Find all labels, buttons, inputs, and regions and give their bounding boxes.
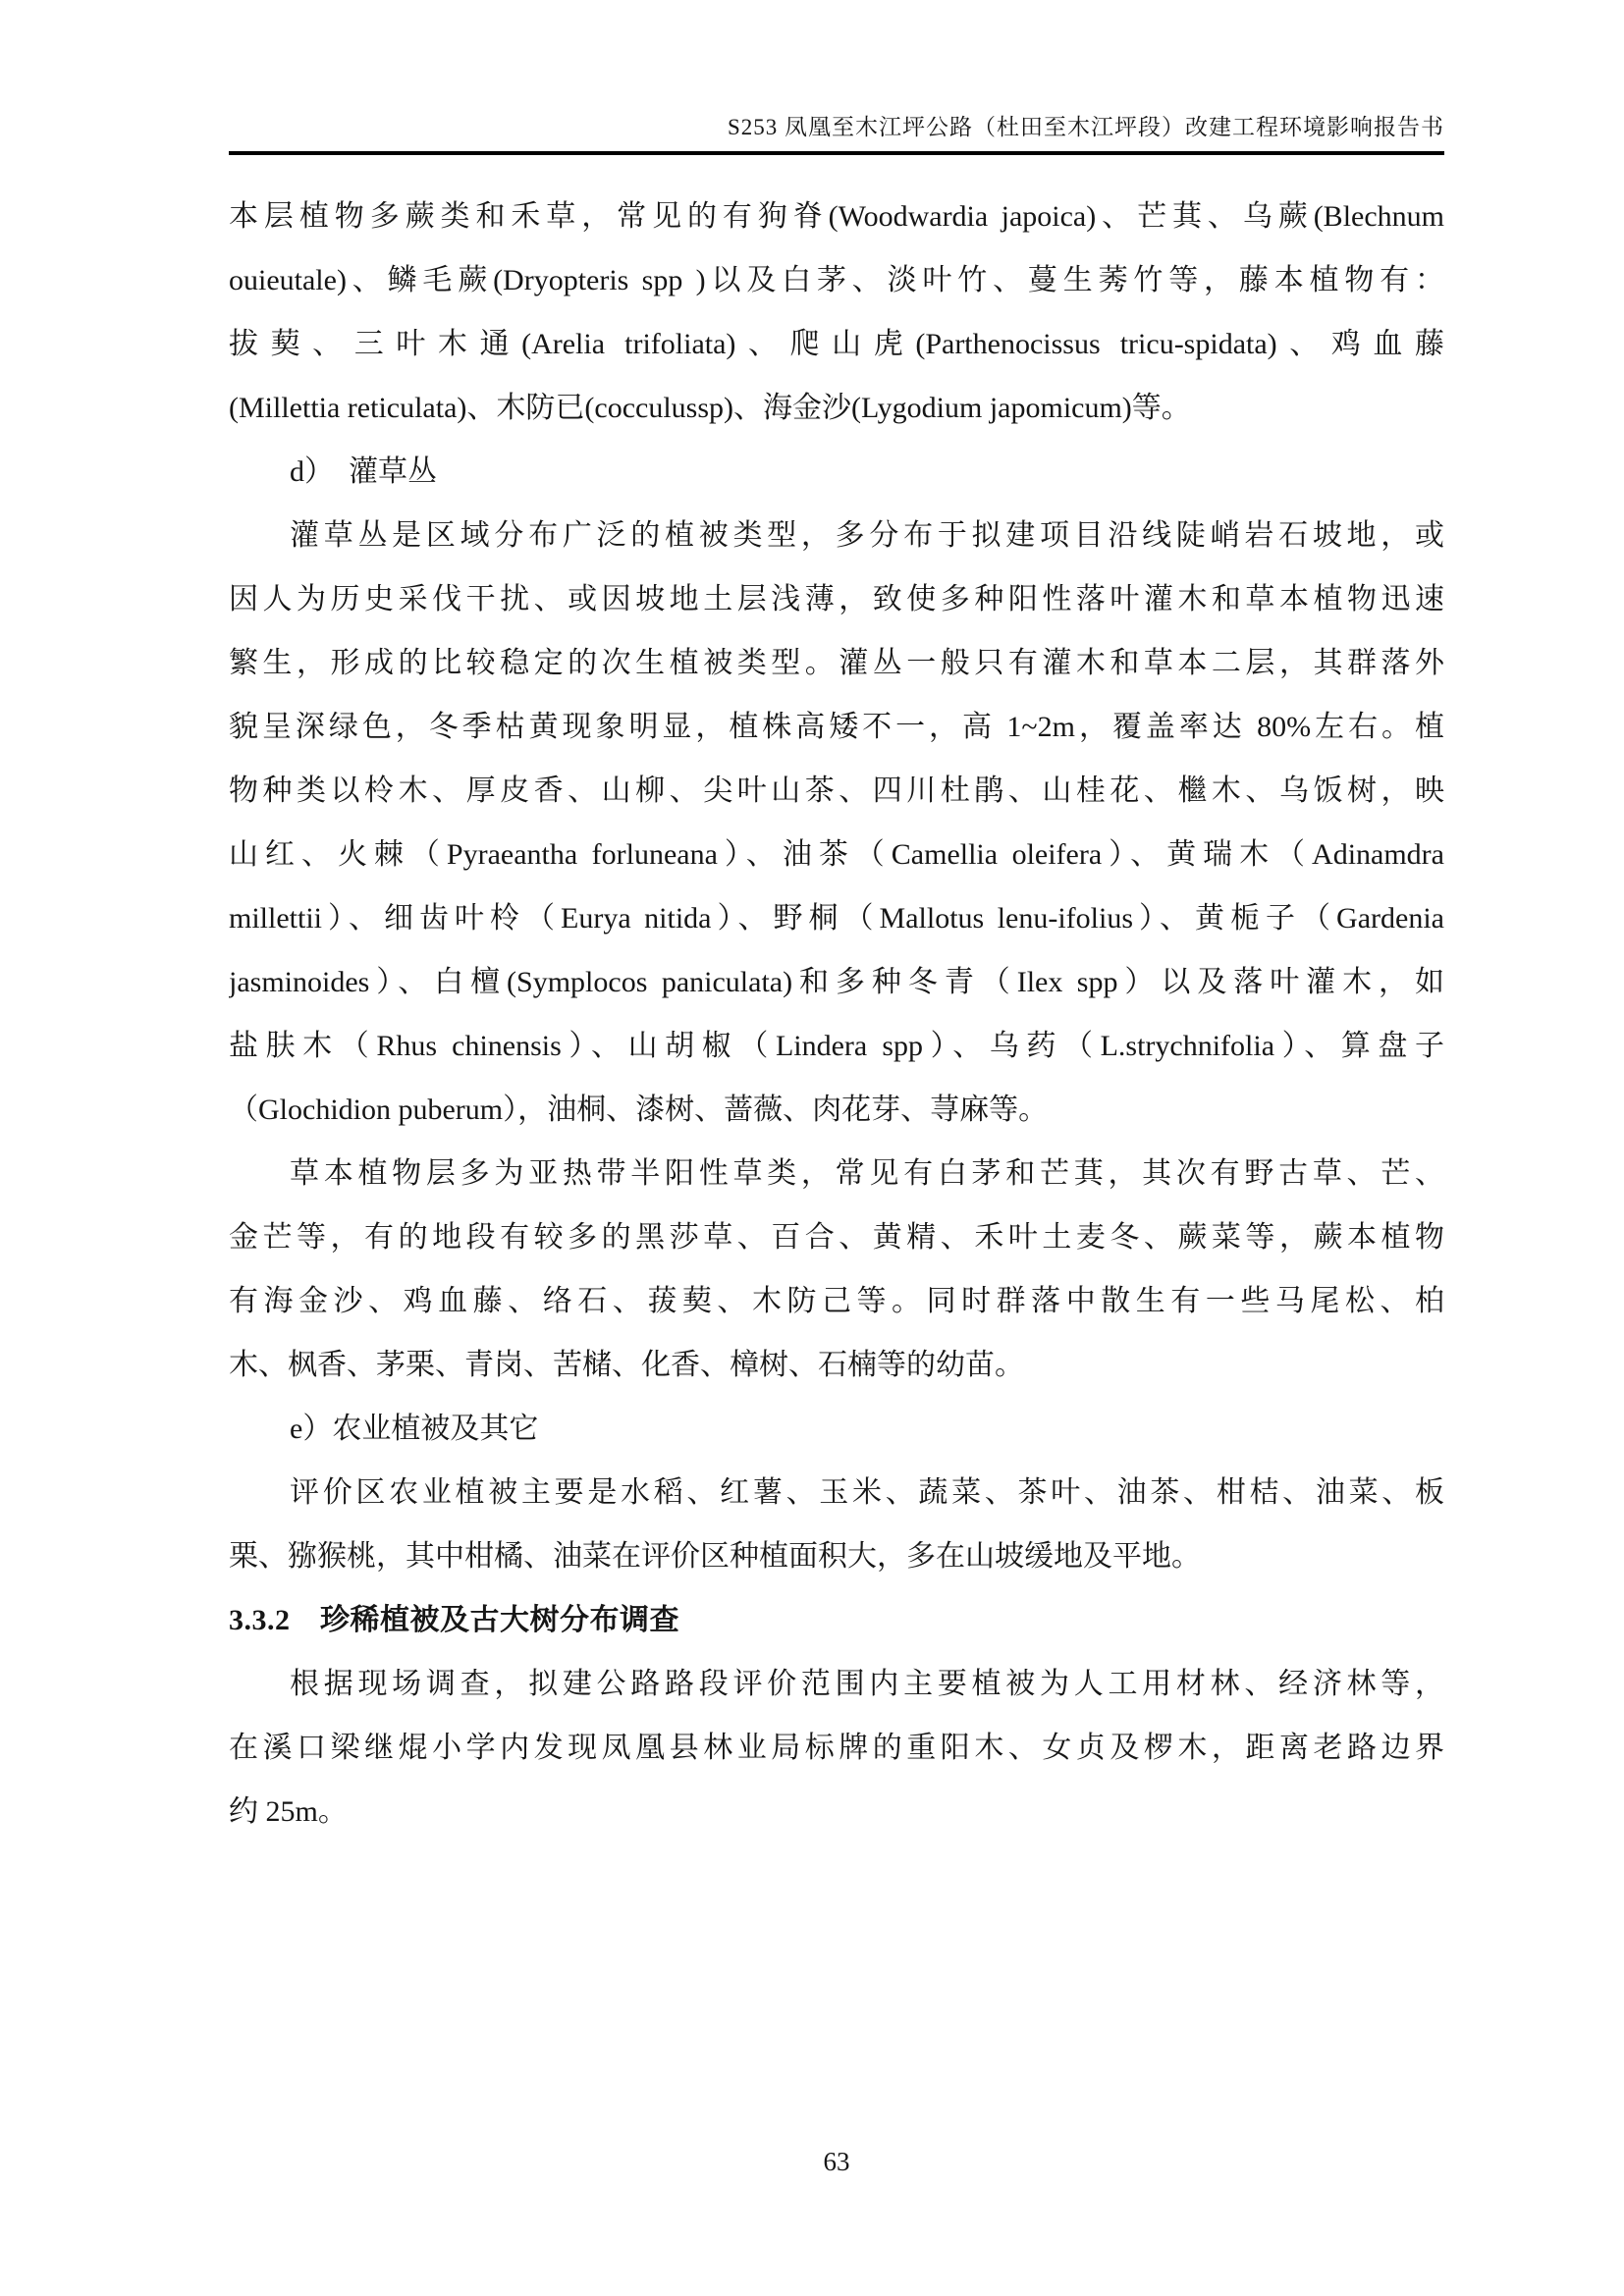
text-line: jasminoides）、白檀(Symplocos paniculata)和多种…	[229, 950, 1444, 1014]
text-line: 貌呈深绿色，冬季枯黄现象明显，植株高矮不一，高 1~2m，覆盖率达 80%左右。…	[229, 695, 1444, 759]
text-line: 草本植物层多为亚热带半阳性草类，常见有白茅和芒萁，其次有野古草、芒、	[229, 1142, 1444, 1205]
text-line: 有海金沙、鸡血藤、络石、菝葜、木防己等。同时群落中散生有一些马尾松、柏	[229, 1269, 1444, 1333]
document-page: S253 凤凰至木江坪公路（杜田至木江坪段）改建工程环境影响报告书 本层植物多蕨…	[0, 0, 1624, 2296]
text-line: 物种类以柃木、厚皮香、山柳、尖叶山茶、四川杜鹃、山桂花、檵木、乌饭树，映	[229, 759, 1444, 823]
text-line: 约 25m。	[229, 1780, 1444, 1843]
text-line: (Millettia reticulata)、木防已(cocculussp)、海…	[229, 376, 1444, 440]
text-line: 木、枫香、茅栗、青岗、苦槠、化香、樟树、石楠等的幼苗。	[229, 1333, 1444, 1397]
text-line: 在溪口梁继焜小学内发现凤凰县林业局标牌的重阳木、女贞及椤木，距离老路边界	[229, 1716, 1444, 1780]
text-line: （Glochidion puberum），油桐、漆树、蔷薇、肉花芽、荨麻等。	[229, 1078, 1444, 1142]
section-heading: 3.3.2 珍稀植被及古大树分布调查	[229, 1588, 1444, 1652]
text-line: 因人为历史采伐干扰、或因坡地土层浅薄，致使多种阳性落叶灌木和草本植物迅速	[229, 567, 1444, 631]
document-body: 本层植物多蕨类和禾草，常见的有狗脊(Woodwardia japoica)、芒萁…	[229, 185, 1444, 1843]
page-header: S253 凤凰至木江坪公路（杜田至木江坪段）改建工程环境影响报告书	[229, 0, 1444, 155]
header-rule	[229, 151, 1444, 155]
text-line: 本层植物多蕨类和禾草，常见的有狗脊(Woodwardia japoica)、芒萁…	[229, 185, 1444, 248]
text-line: 灌草丛是区域分布广泛的植被类型，多分布于拟建项目沿线陡峭岩石坡地，或	[229, 504, 1444, 567]
page-number: 63	[824, 2147, 850, 2176]
text-line: 评价区农业植被主要是水稻、红薯、玉米、蔬菜、茶叶、油茶、柑桔、油菜、板	[229, 1461, 1444, 1524]
text-line: ouieutale)、鳞毛蕨(Dryopteris spp )以及白茅、淡叶竹、…	[229, 248, 1444, 312]
text-line: 盐肤木（Rhus chinensis）、山胡椒（Lindera spp）、乌药（…	[229, 1014, 1444, 1078]
text-line: e）农业植被及其它	[229, 1397, 1444, 1461]
page-footer: 63	[229, 2146, 1444, 2177]
text-line: 栗、猕猴桃，其中柑橘、油菜在评价区种植面积大，多在山坡缓地及平地。	[229, 1524, 1444, 1588]
text-line: d） 灌草丛	[229, 440, 1444, 504]
page-content: S253 凤凰至木江坪公路（杜田至木江坪段）改建工程环境影响报告书 本层植物多蕨…	[229, 0, 1444, 1843]
text-line: 金芒等，有的地段有较多的黑莎草、百合、黄精、禾叶土麦冬、蕨菜等，蕨本植物	[229, 1205, 1444, 1269]
text-line: 拔葜、三叶木通(Arelia trifoliata)、爬山虎(Parthenoc…	[229, 312, 1444, 376]
text-line: millettii）、细齿叶柃（Eurya nitida）、野桐（Mallotu…	[229, 886, 1444, 950]
text-line: 山红、火棘（Pyraeantha forluneana）、油茶（Camellia…	[229, 823, 1444, 886]
text-line: 根据现场调查，拟建公路路段评价范围内主要植被为人工用材林、经济林等，	[229, 1652, 1444, 1716]
header-title: S253 凤凰至木江坪公路（杜田至木江坪段）改建工程环境影响报告书	[229, 114, 1444, 141]
text-line: 繁生，形成的比较稳定的次生植被类型。灌丛一般只有灌木和草本二层，其群落外	[229, 631, 1444, 695]
